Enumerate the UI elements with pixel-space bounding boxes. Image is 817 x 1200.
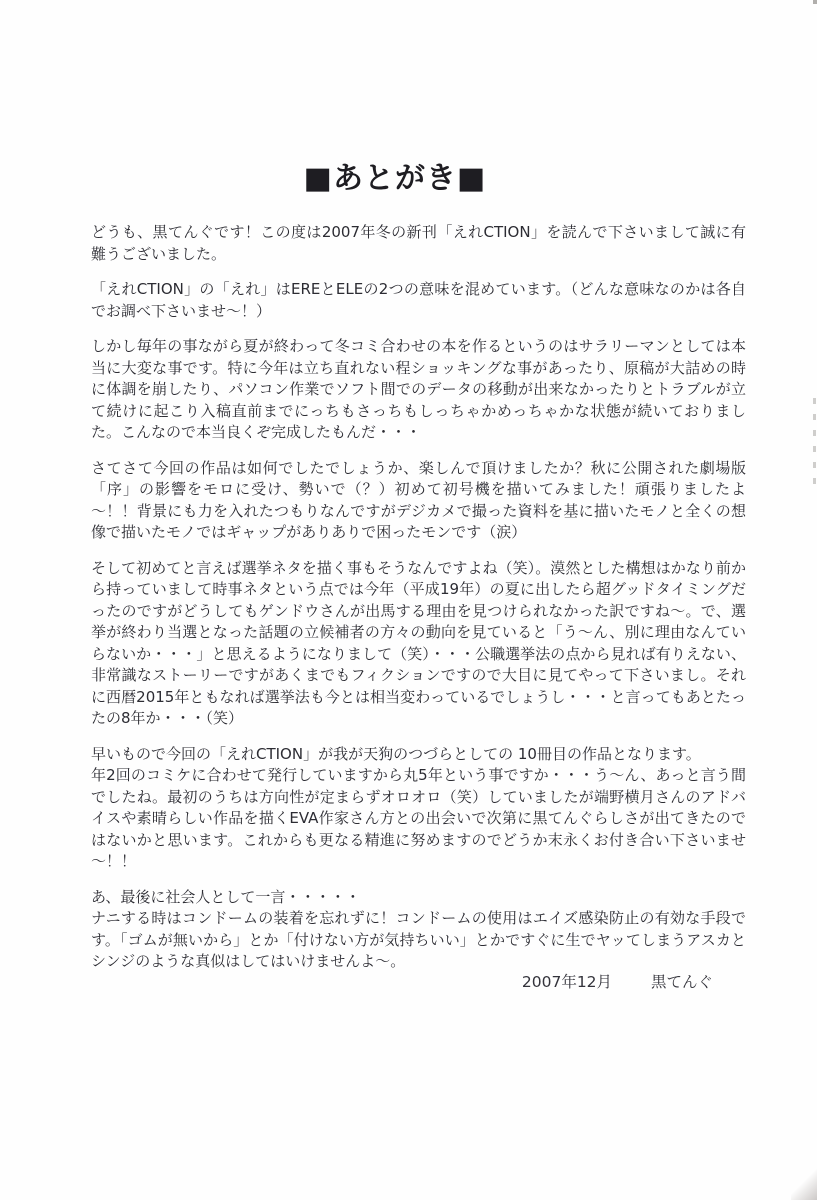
scan-artifact xyxy=(791,1154,817,1200)
signature-date: 2007年12月 xyxy=(522,973,612,991)
signature-line: 2007年12月 黒てんぐ xyxy=(91,970,721,992)
afterword-paragraph: さてさて今回の作品は如何でしたでしょうか、楽しんで頂けましたか？秋に公開された劇… xyxy=(91,458,746,544)
afterword-paragraph: そして初めてと言えば選挙ネタを描く事もそうなんですよね（笑）。漠然とした構想はか… xyxy=(91,558,746,730)
afterword-paragraph: あ、最後に社会人として一言・・・・・ ナニする時はコンドームの装着を忘れずに！コ… xyxy=(91,887,746,973)
page-title: ■あとがき■ xyxy=(90,153,700,197)
afterword-body: どうも、黒てんぐです！この度は2007年冬の新刊「えれCTION」を読んで下さい… xyxy=(91,222,746,987)
scan-artifact xyxy=(813,398,816,488)
signature-author: 黒てんぐ xyxy=(651,973,713,991)
afterword-paragraph: 早いもので今回の「えれCTION」が我が天狗のつづらとしての 10冊目の作品とな… xyxy=(91,744,746,873)
scan-artifact xyxy=(813,0,817,4)
afterword-paragraph: しかし毎年の事ながら夏が終わって冬コミ合わせの本を作るというのはサラリーマンとし… xyxy=(91,336,746,444)
afterword-paragraph: どうも、黒てんぐです！この度は2007年冬の新刊「えれCTION」を読んで下さい… xyxy=(91,222,746,265)
afterword-paragraph: 「えれCTION」の「えれ」はEREとELEの2つの意味を混めています。（どんな… xyxy=(91,279,746,322)
scanned-afterword-page: ■あとがき■ どうも、黒てんぐです！この度は2007年冬の新刊「えれCTION」… xyxy=(0,0,817,1200)
